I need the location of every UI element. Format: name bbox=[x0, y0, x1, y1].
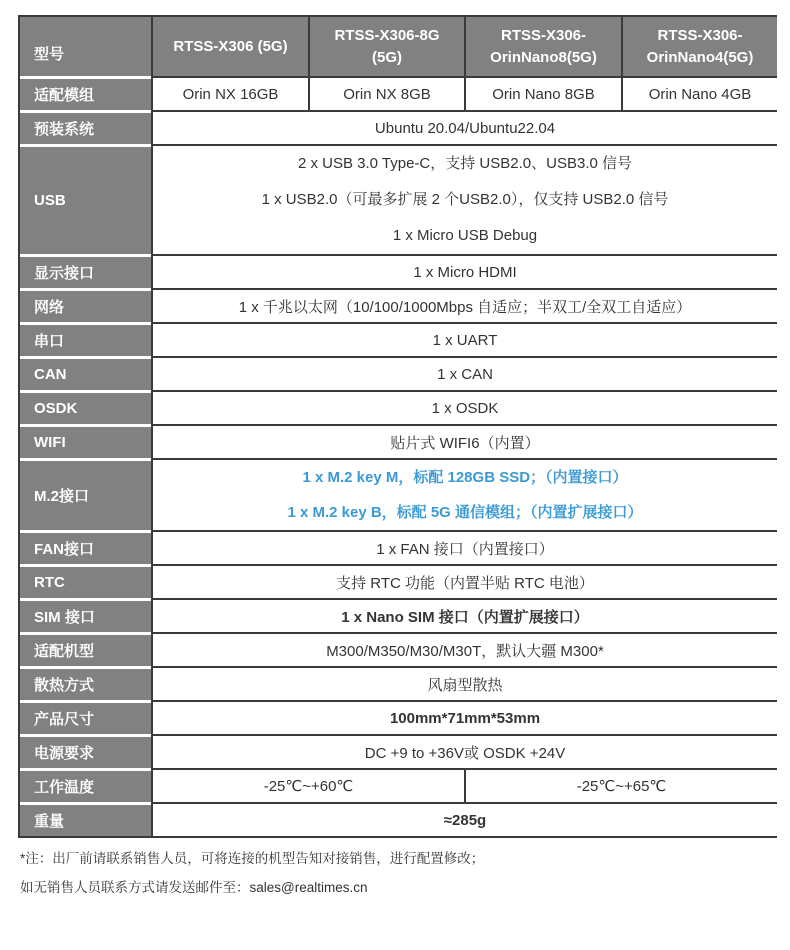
spec-value: -25℃~+65℃ bbox=[464, 768, 777, 802]
table-row-wifi: WIFI 贴片式 WIFI6（内置） bbox=[20, 424, 777, 458]
spec-table: 型号 RTSS-X306 (5G) RTSS-X306-8G (5G) RTSS… bbox=[20, 17, 777, 836]
model-header-2: RTSS-X306-8G (5G) bbox=[308, 17, 464, 76]
model-header-3: RTSS-X306-OrinNano8(5G) bbox=[464, 17, 621, 76]
row-label: 重量 bbox=[20, 802, 151, 836]
row-label: 串口 bbox=[20, 322, 151, 356]
note-line-2: 如无销售人员联系方式请发送邮件至：sales@realtimes.cn bbox=[20, 879, 777, 897]
table-row-os: 预装系统 Ubuntu 20.04/Ubuntu22.04 bbox=[20, 110, 777, 144]
page: 型号 RTSS-X306 (5G) RTSS-X306-8G (5G) RTSS… bbox=[0, 0, 790, 950]
note-line-1: *注：出厂前请联系销售人员，可将连接的机型告知对接销售，进行配置修改； bbox=[20, 850, 777, 868]
row-label: 散热方式 bbox=[20, 666, 151, 700]
spec-value: 2 x USB 3.0 Type-C，支持 USB2.0、USB3.0 信号 1… bbox=[151, 144, 777, 254]
header-row: 型号 RTSS-X306 (5G) RTSS-X306-8G (5G) RTSS… bbox=[20, 17, 777, 76]
table-row-serial: 串口 1 x UART bbox=[20, 322, 777, 356]
spec-value: 1 x FAN 接口（内置接口） bbox=[151, 530, 777, 564]
spec-value: 1 x UART bbox=[151, 322, 777, 356]
spec-value: 贴片式 WIFI6（内置） bbox=[151, 424, 777, 458]
row-label: RTC bbox=[20, 564, 151, 598]
spec-value: -25℃~+60℃ bbox=[151, 768, 464, 802]
table-row-cooling: 散热方式 风扇型散热 bbox=[20, 666, 777, 700]
spec-value: Orin NX 8GB bbox=[308, 76, 464, 110]
table-row-weight: 重量 ≈285g bbox=[20, 802, 777, 836]
spec-value: DC +9 to +36V或 OSDK +24V bbox=[151, 734, 777, 768]
spec-value: 100mm*71mm*53mm bbox=[151, 700, 777, 734]
spec-value: 1 x Micro HDMI bbox=[151, 254, 777, 288]
spec-value-line: 1 x M.2 key M，标配 128GB SSD；（内置接口） bbox=[153, 460, 777, 495]
row-label: 显示接口 bbox=[20, 254, 151, 288]
row-label: USB bbox=[20, 144, 151, 254]
spec-value: 风扇型散热 bbox=[151, 666, 777, 700]
row-label: 适配机型 bbox=[20, 632, 151, 666]
spec-value: 支持 RTC 功能（内置半贴 RTC 电池） bbox=[151, 564, 777, 598]
table-row-can: CAN 1 x CAN bbox=[20, 356, 777, 390]
spec-value-line: 1 x USB2.0（可最多扩展 2 个USB2.0），仅支持 USB2.0 信… bbox=[153, 182, 777, 218]
table-row-drone-models: 适配机型 M300/M350/M30/M30T，默认大疆 M300* bbox=[20, 632, 777, 666]
spec-value: Orin NX 16GB bbox=[151, 76, 308, 110]
row-label: 网络 bbox=[20, 288, 151, 322]
spec-value: 1 x Nano SIM 接口（内置扩展接口） bbox=[151, 598, 777, 632]
model-header-4: RTSS-X306-OrinNano4(5G) bbox=[621, 17, 777, 76]
table-row-rtc: RTC 支持 RTC 功能（内置半贴 RTC 电池） bbox=[20, 564, 777, 598]
table-row-fan: FAN接口 1 x FAN 接口（内置接口） bbox=[20, 530, 777, 564]
table-row-temperature: 工作温度 -25℃~+60℃ -25℃~+65℃ bbox=[20, 768, 777, 802]
row-label: 适配模组 bbox=[20, 76, 151, 110]
row-label: SIM 接口 bbox=[20, 598, 151, 632]
row-label: 工作温度 bbox=[20, 768, 151, 802]
table-row-network: 网络 1 x 千兆以太网（10/100/1000Mbps 自适应；半双工/全双工… bbox=[20, 288, 777, 322]
row-label: 预装系统 bbox=[20, 110, 151, 144]
spec-value-line: 1 x M.2 key B，标配 5G 通信模组；（内置扩展接口） bbox=[153, 495, 777, 530]
spec-value: 1 x 千兆以太网（10/100/1000Mbps 自适应；半双工/全双工自适应… bbox=[151, 288, 777, 322]
table-row-osdk: OSDK 1 x OSDK bbox=[20, 390, 777, 424]
table-row-module: 适配模组 Orin NX 16GB Orin NX 8GB Orin Nano … bbox=[20, 76, 777, 110]
table-row-dimensions: 产品尺寸 100mm*71mm*53mm bbox=[20, 700, 777, 734]
model-header-1: RTSS-X306 (5G) bbox=[151, 17, 308, 76]
row-label: 电源要求 bbox=[20, 734, 151, 768]
row-label: WIFI bbox=[20, 424, 151, 458]
table-row-m2: M.2接口 1 x M.2 key M，标配 128GB SSD；（内置接口） … bbox=[20, 458, 777, 530]
footnotes: *注：出厂前请联系销售人员，可将连接的机型告知对接销售，进行配置修改； 如无销售… bbox=[20, 850, 777, 897]
row-label: CAN bbox=[20, 356, 151, 390]
header-label: 型号 bbox=[20, 17, 151, 76]
row-label: OSDK bbox=[20, 390, 151, 424]
spec-value: 1 x CAN bbox=[151, 356, 777, 390]
row-label: M.2接口 bbox=[20, 458, 151, 530]
spec-value: Ubuntu 20.04/Ubuntu22.04 bbox=[151, 110, 777, 144]
spec-value: Orin Nano 4GB bbox=[621, 76, 777, 110]
spec-value: ≈285g bbox=[151, 802, 777, 836]
spec-value: 1 x OSDK bbox=[151, 390, 777, 424]
row-label: 产品尺寸 bbox=[20, 700, 151, 734]
spec-value-line: 2 x USB 3.0 Type-C，支持 USB2.0、USB3.0 信号 bbox=[153, 146, 777, 182]
table-row-sim: SIM 接口 1 x Nano SIM 接口（内置扩展接口） bbox=[20, 598, 777, 632]
table-row-usb: USB 2 x USB 3.0 Type-C，支持 USB2.0、USB3.0 … bbox=[20, 144, 777, 254]
spec-value: 1 x M.2 key M，标配 128GB SSD；（内置接口） 1 x M.… bbox=[151, 458, 777, 530]
table-row-power: 电源要求 DC +9 to +36V或 OSDK +24V bbox=[20, 734, 777, 768]
row-label: FAN接口 bbox=[20, 530, 151, 564]
spec-value: M300/M350/M30/M30T，默认大疆 M300* bbox=[151, 632, 777, 666]
spec-table-wrap: 型号 RTSS-X306 (5G) RTSS-X306-8G (5G) RTSS… bbox=[18, 15, 777, 838]
spec-value: Orin Nano 8GB bbox=[464, 76, 621, 110]
spec-value-line: 1 x Micro USB Debug bbox=[153, 218, 777, 254]
table-row-display: 显示接口 1 x Micro HDMI bbox=[20, 254, 777, 288]
